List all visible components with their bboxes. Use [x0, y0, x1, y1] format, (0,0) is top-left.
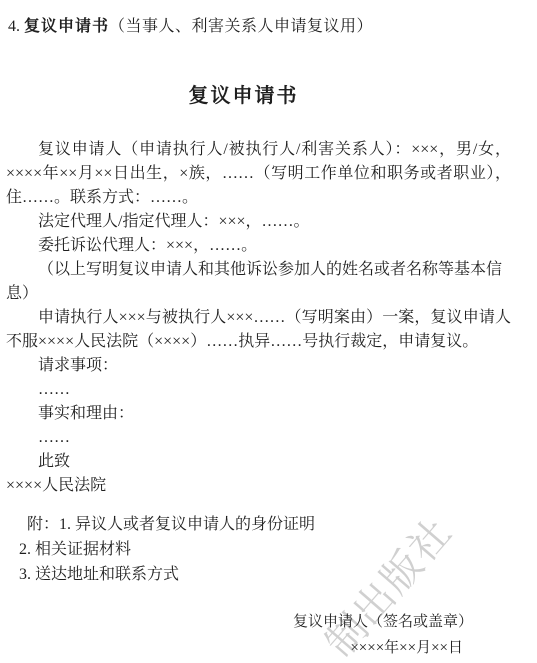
para-salute: 此致 — [6, 450, 511, 474]
heading-number: 4. — [8, 18, 20, 35]
para-litigation-agent: 委托诉讼代理人：×××，……。 — [6, 234, 511, 258]
para-applicant-info: 复议申请人（申请执行人/被执行人/利害关系人）：×××，男/女，××××年××月… — [6, 138, 511, 210]
para-facts-label: 事实和理由： — [6, 402, 511, 426]
heading-title: 复议申请书 — [24, 18, 109, 35]
heading-note: （当事人、利害关系人申请复议用） — [109, 18, 373, 35]
section-heading: 4. 复议申请书（当事人、利害关系人申请复议用） — [8, 16, 537, 38]
para-basic-info-note: （以上写明复议申请人和其他诉讼参加人的姓名或者名称等基本信息） — [6, 258, 511, 306]
document-page: 制出版社 4. 复议申请书（当事人、利害关系人申请复议用） 复议申请书 复议申请… — [0, 0, 537, 663]
para-case-statement: 申请执行人×××与被执行人×××……（写明案由）一案，复议申请人不服××××人民… — [6, 306, 511, 354]
attachment-item-3: 3. 送达地址和联系方式 — [0, 562, 537, 587]
signature-line: 复议申请人（签名或盖章） — [0, 609, 537, 635]
para-legal-agent: 法定代理人/指定代理人：×××，……。 — [6, 210, 511, 234]
signature-date: ××××年××月××日 — [0, 635, 537, 661]
document-body: 复议申请人（申请执行人/被执行人/利害关系人）：×××，男/女，××××年××月… — [0, 138, 537, 498]
document-content: 4. 复议申请书（当事人、利害关系人申请复议用） 复议申请书 复议申请人（申请执… — [0, 16, 537, 661]
document-title: 复议申请书 — [0, 84, 537, 108]
attachment-list: 附：1. 异议人或者复议申请人的身份证明 2. 相关证据材料 3. 送达地址和联… — [0, 512, 537, 587]
para-court-name: ××××人民法院 — [6, 474, 511, 498]
attachment-head: 附：1. 异议人或者复议申请人的身份证明 — [0, 512, 537, 537]
para-request-label: 请求事项： — [6, 354, 511, 378]
para-request-ellipsis: …… — [6, 378, 511, 402]
signature-block: 复议申请人（签名或盖章） ××××年××月××日 — [0, 609, 537, 661]
para-facts-ellipsis: …… — [6, 426, 511, 450]
attachment-item-2: 2. 相关证据材料 — [0, 537, 537, 562]
